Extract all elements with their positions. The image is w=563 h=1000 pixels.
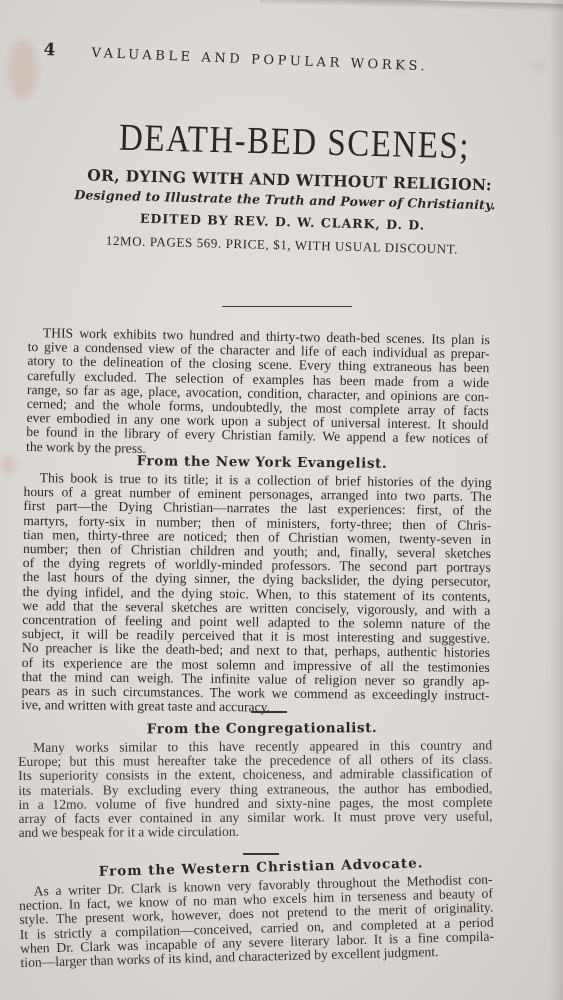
- paper-stain: [0, 455, 16, 475]
- paper-stain: [8, 40, 38, 100]
- book-title-block: DEATH-BED SCENES; OR, DYING WITH AND WIT…: [27, 118, 530, 259]
- book-page: 4 VALUABLE AND POPULAR WORKS. DEATH-BED …: [0, 0, 563, 1000]
- running-head: 4 VALUABLE AND POPULAR WORKS.: [44, 40, 514, 59]
- review-body: Many works similar to this have recently…: [18, 739, 493, 841]
- publication-info: 12MO. PAGES 569. PRICE, $1, WITH USUAL D…: [37, 231, 527, 259]
- section-divider-rule: [251, 711, 287, 713]
- review-heading: From the New York Evangelist.: [32, 452, 492, 473]
- text-line: array of facts ever contained in any sim…: [18, 810, 492, 827]
- title-divider-rule: [222, 306, 352, 307]
- text-line: and we bespeak for it a wide circulation…: [19, 824, 493, 841]
- intro-paragraph: THIS work exhibits two hundred and thirt…: [26, 326, 490, 461]
- book-editor: EDITED BY REV. D. W. CLARK, D. D.: [37, 208, 527, 235]
- review-body: As a writer Dr. Clark is known very favo…: [18, 873, 494, 971]
- review-body: This book is true to its title; it is a …: [21, 471, 492, 717]
- book-title: DEATH-BED SCENES;: [59, 116, 530, 169]
- review-western-christian-advocate: From the Western Christian Advocate. As …: [18, 854, 495, 971]
- page-top-shadow: [260, 0, 563, 12]
- page-edge-shadow: [549, 0, 563, 1000]
- review-new-york-evangelist: From the New York Evangelist. This book …: [21, 452, 492, 717]
- paper-stain: [535, 62, 543, 70]
- section-divider-rule: [243, 853, 279, 855]
- running-title: VALUABLE AND POPULAR WORKS.: [91, 46, 428, 75]
- review-congregationalist: From the Congregationalist. Many works s…: [18, 720, 493, 841]
- page-number: 4: [43, 40, 56, 60]
- review-heading: From the Congregationalist.: [32, 720, 492, 738]
